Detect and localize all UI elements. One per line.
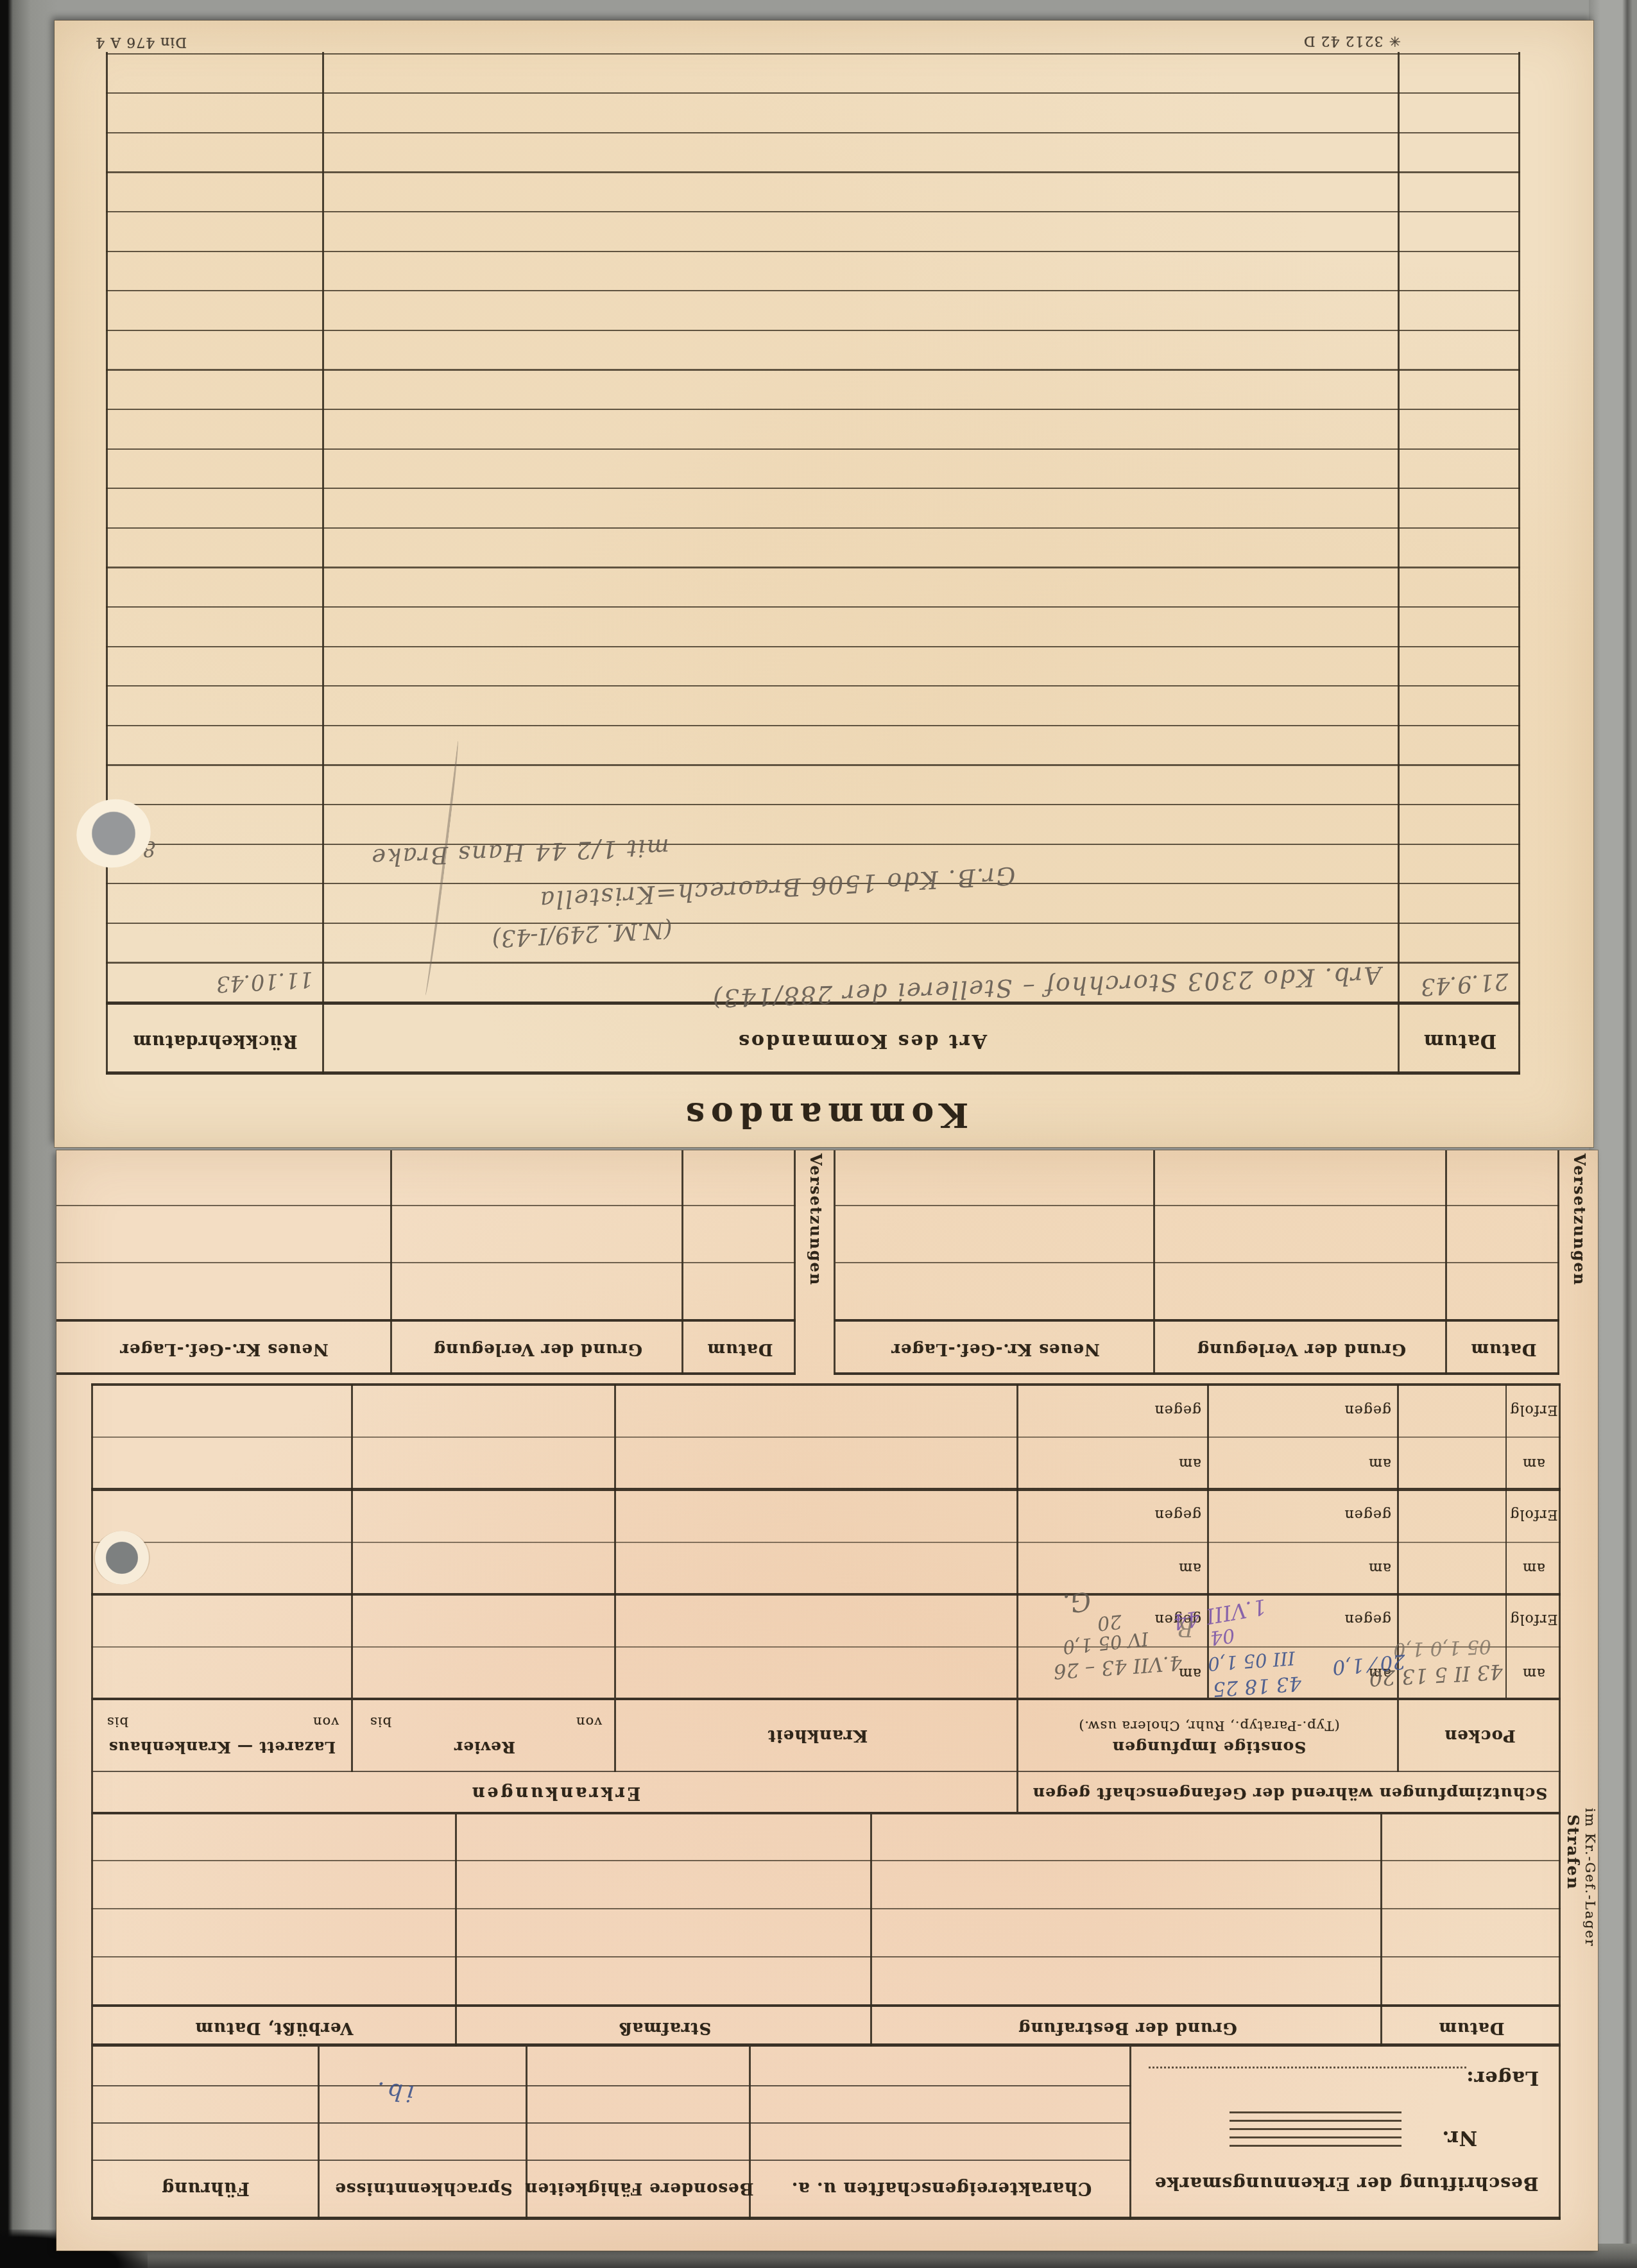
- strafen-header-verbuesst: Verbüßt, Datum: [195, 2018, 354, 2038]
- column-header-fuehrung: Führung: [161, 2178, 249, 2198]
- column-header-sprachkenntnisse: Sprachkenntnisse: [334, 2179, 512, 2198]
- din-format-mark: Din 476 A 4: [95, 34, 187, 50]
- grid-rule: [91, 2160, 1131, 2161]
- versetzungen-side-label: Versetzungen: [807, 1154, 825, 1333]
- grid-rule: [318, 2047, 320, 2220]
- am-label: am: [1522, 1455, 1545, 1471]
- printer-mark: ✳ 3212 42 D: [1303, 33, 1401, 49]
- erkennungsmarke-nr-label: Nr.: [1441, 2126, 1477, 2149]
- strafen-header-grund: Grund der Bestrafung: [1018, 2018, 1237, 2038]
- grid-rule: [91, 1812, 1561, 1814]
- column-header-datum: Datum: [1423, 1030, 1496, 1052]
- scanner-background-left: [0, 0, 58, 2268]
- versetzungen-header-neues-lager: Neues Kr.-Gef.-Lager: [891, 1340, 1100, 1359]
- table-rule: [106, 1071, 1520, 1075]
- grid-rule: [91, 2217, 1561, 2220]
- grid-rule: [91, 2043, 1561, 2047]
- erfolg-label: Erfolg: [1509, 1402, 1557, 1418]
- erkennungsmarke-title: Beschriftung der Erkennungsmarke: [1154, 2173, 1539, 2194]
- column-header-sonstige-2: (Typ.-Paratyp., Ruhr, Cholera usw.): [1078, 1718, 1340, 1734]
- versetzungen-header-grund: Grund der Verlegung: [433, 1340, 642, 1359]
- erfolg-label: Erfolg: [1509, 1611, 1557, 1627]
- column-header-art: Art des Kommandos: [737, 1030, 987, 1052]
- grid-rule: [1129, 2047, 1131, 2220]
- strafen-header-strafmass: Strafmaß: [619, 2018, 712, 2038]
- versetzungen-header-datum: Datum: [707, 1340, 773, 1359]
- grid-rule: [56, 1372, 796, 1375]
- column-header-revier: Revier: [454, 1738, 515, 1757]
- column-header-lazarett: Lazarett — Krankenhaus: [108, 1738, 336, 1757]
- am-label: am: [1522, 1560, 1545, 1576]
- am-label: am: [1368, 1560, 1391, 1576]
- column-header-sonstige-1: Sonstige Impfungen: [1112, 1738, 1306, 1757]
- kommandos-page: Kommandos Datum Art des Kommandos Rückke…: [55, 21, 1593, 1147]
- handwriting-rueckkehr-1: 11.10.43: [216, 966, 314, 997]
- revier-bis-label: bis: [370, 1714, 391, 1730]
- grid-rule: [91, 2004, 1561, 2007]
- grid-rule: [91, 1698, 1561, 1700]
- lazarett-bis-label: bis: [107, 1714, 128, 1730]
- erkennungsmarke-nr-lines: [1230, 2111, 1401, 2153]
- erfolg-label: Erfolg: [1509, 1506, 1557, 1522]
- grid-rule: [91, 1771, 1561, 1772]
- kommandos-table-rows: [106, 52, 1520, 1002]
- lazarett-von-label: von: [313, 1714, 339, 1730]
- am-label: am: [1522, 1665, 1545, 1681]
- gegen-label: gegen: [1154, 1506, 1201, 1522]
- grid-rule: [834, 1319, 1559, 1322]
- handwriting-impfung-7: 04: [1209, 1624, 1237, 1650]
- handwriting-assessment-note: ib.: [372, 2076, 415, 2106]
- lager-label: Lager:: [1466, 2067, 1539, 2089]
- versetzungen-rows: [836, 1150, 1559, 1319]
- column-header-pocken: Pocken: [1444, 1726, 1516, 1745]
- versetzungen-rows: [56, 1150, 796, 1319]
- versetzungen-header-neues-lager: Neues Kr.-Gef.-Lager: [119, 1340, 329, 1359]
- handwriting-impfung-11: 20: [1096, 1610, 1123, 1635]
- versetzungen-header-grund: Grund der Verlegung: [1197, 1340, 1406, 1359]
- revier-von-label: von: [576, 1714, 602, 1730]
- column-header-besondere-faehigkeiten: Besondere Fähigkeiten: [524, 2179, 753, 2198]
- grid-rule: [91, 2085, 1131, 2086]
- lager-dotted-line: [1149, 2067, 1466, 2089]
- grid-rule: [834, 1372, 1559, 1375]
- am-label: am: [1178, 1455, 1201, 1471]
- page-title: Kommandos: [680, 1095, 969, 1134]
- strafen-rows: [91, 1814, 1561, 2004]
- handwriting-impfung-8: R: [1177, 1616, 1194, 1641]
- am-label: am: [1178, 1560, 1201, 1576]
- gegen-label: gegen: [1344, 1402, 1391, 1418]
- handwriting-impfung-12: G.: [1061, 1585, 1093, 1619]
- handwriting-impfung-2: 05 1,0 1,0: [1393, 1635, 1492, 1660]
- strafen-side-label-1: Strafen: [1564, 1814, 1582, 2007]
- gegen-label: gegen: [1344, 1506, 1391, 1522]
- punch-hole: [94, 1531, 150, 1585]
- column-header-krankheit: Krankheit: [767, 1726, 868, 1745]
- strafen-side-label-2: im Kr.-Gef.-Lager: [1582, 1808, 1598, 2020]
- gegen-label: gegen: [1344, 1611, 1391, 1627]
- grid-rule: [91, 2122, 1131, 2124]
- column-header-charaktereigenschaften: Charaktereigenschaften u. a.: [791, 2178, 1092, 2198]
- strafen-header-datum: Datum: [1439, 2018, 1505, 2038]
- column-header-rueckkehrdatum: Rückkehrdatum: [132, 1031, 297, 1051]
- impfungen-band-title: Schutzimpfungen während der Gefangenscha…: [1033, 1784, 1547, 1803]
- grid-rule: [56, 1319, 796, 1322]
- versetzungen-side-label: Versetzungen: [1570, 1154, 1589, 1333]
- am-label: am: [1368, 1455, 1391, 1471]
- gegen-label: gegen: [1154, 1402, 1201, 1418]
- erkrankungen-band-title: Erkrankungen: [470, 1783, 641, 1803]
- impfungen-rows: [91, 1383, 1561, 1698]
- personalkarte-back-page: Charaktereigenschaften u. a. Besondere F…: [56, 1150, 1598, 2251]
- versetzungen-header-datum: Datum: [1471, 1340, 1537, 1359]
